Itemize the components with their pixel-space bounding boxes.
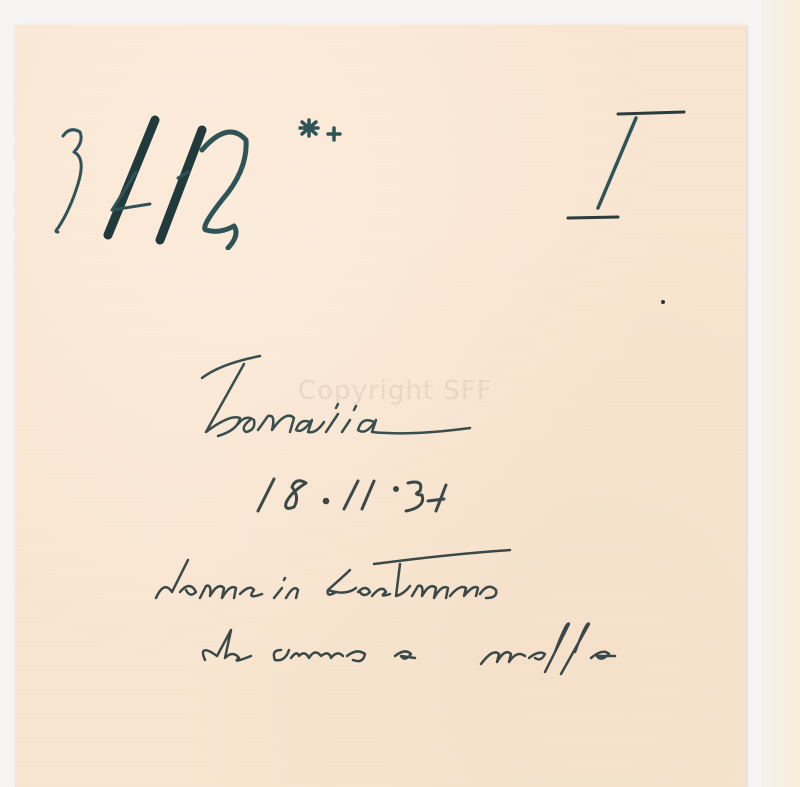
date-handwriting: [240, 465, 460, 525]
ink-dot: [661, 300, 665, 304]
catalog-number-handwriting: [50, 100, 350, 250]
caption-line-1-handwriting: [150, 540, 610, 610]
caption-line-2: che vanno a messa: [195, 610, 655, 680]
date: 18·11·34: [240, 465, 460, 525]
background-edge: [762, 0, 800, 787]
caption-line-2-handwriting: [195, 610, 655, 680]
series-numeral-handwriting: [560, 108, 690, 228]
caption-line-1: donne in costume: [150, 540, 610, 610]
series-numeral: I: [560, 108, 690, 228]
place-name: Bonaria: [190, 350, 510, 450]
place-name-handwriting: [190, 350, 510, 450]
catalog-number: 3412**: [50, 100, 350, 250]
